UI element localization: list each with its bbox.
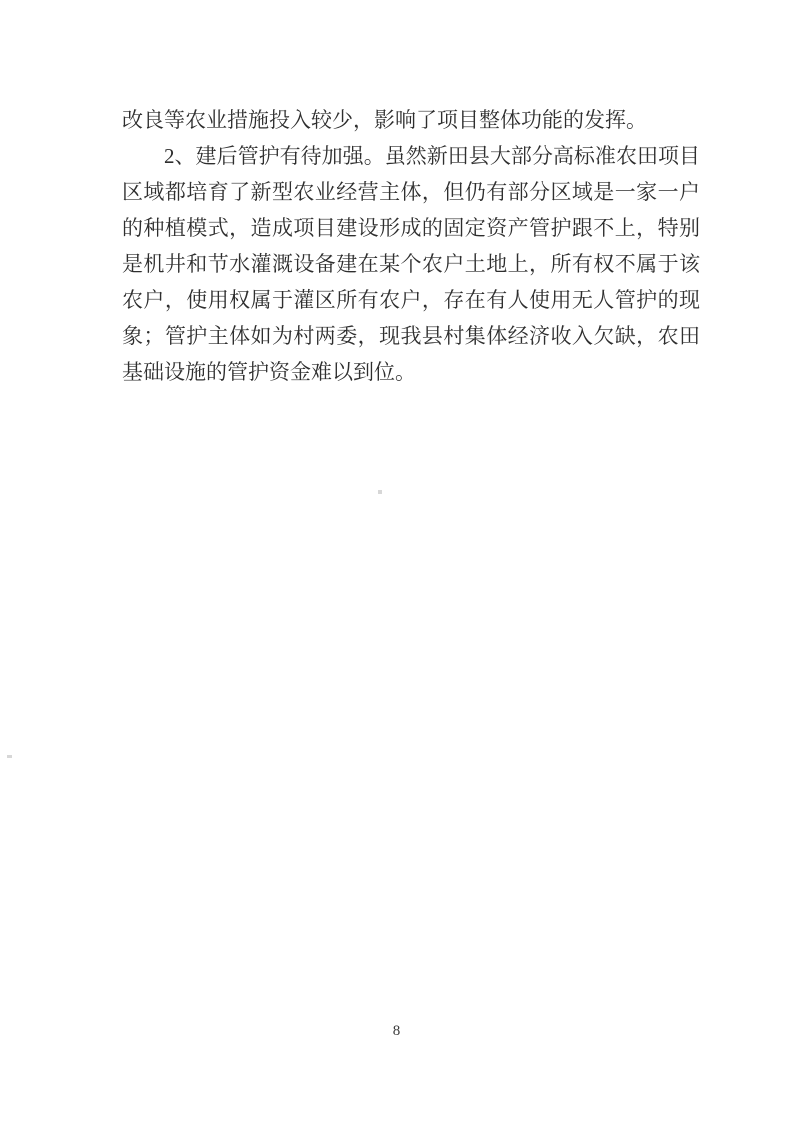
text-line: 是机井和节水灌溉设备建在某个农户土地上，所有权不属于该 xyxy=(122,246,700,282)
text-line: 象；管护主体如为村两委，现我县村集体经济收入欠缺，农田 xyxy=(122,318,700,354)
text-line: 2、建后管护有待加强。虽然新田县大部分高标准农田项目 xyxy=(122,138,700,174)
scan-artifact xyxy=(7,755,12,758)
text-line: 改良等农业措施投入较少，影响了项目整体功能的发挥。 xyxy=(122,102,700,138)
text-line: 农户，使用权属于灌区所有农户，存在有人使用无人管护的现 xyxy=(122,282,700,318)
page-number: 8 xyxy=(0,1023,793,1040)
text-line: 基础设施的管护资金难以到位。 xyxy=(122,354,700,390)
document-page: 改良等农业措施投入较少，影响了项目整体功能的发挥。 2、建后管护有待加强。虽然新… xyxy=(0,0,793,1121)
text-line: 的种植模式，造成项目建设形成的固定资产管护跟不上，特别 xyxy=(122,210,700,246)
scan-artifact xyxy=(378,490,382,494)
text-line: 区域都培育了新型农业经营主体，但仍有部分区域是一家一户 xyxy=(122,174,700,210)
text-block: 改良等农业措施投入较少，影响了项目整体功能的发挥。 2、建后管护有待加强。虽然新… xyxy=(122,102,700,390)
